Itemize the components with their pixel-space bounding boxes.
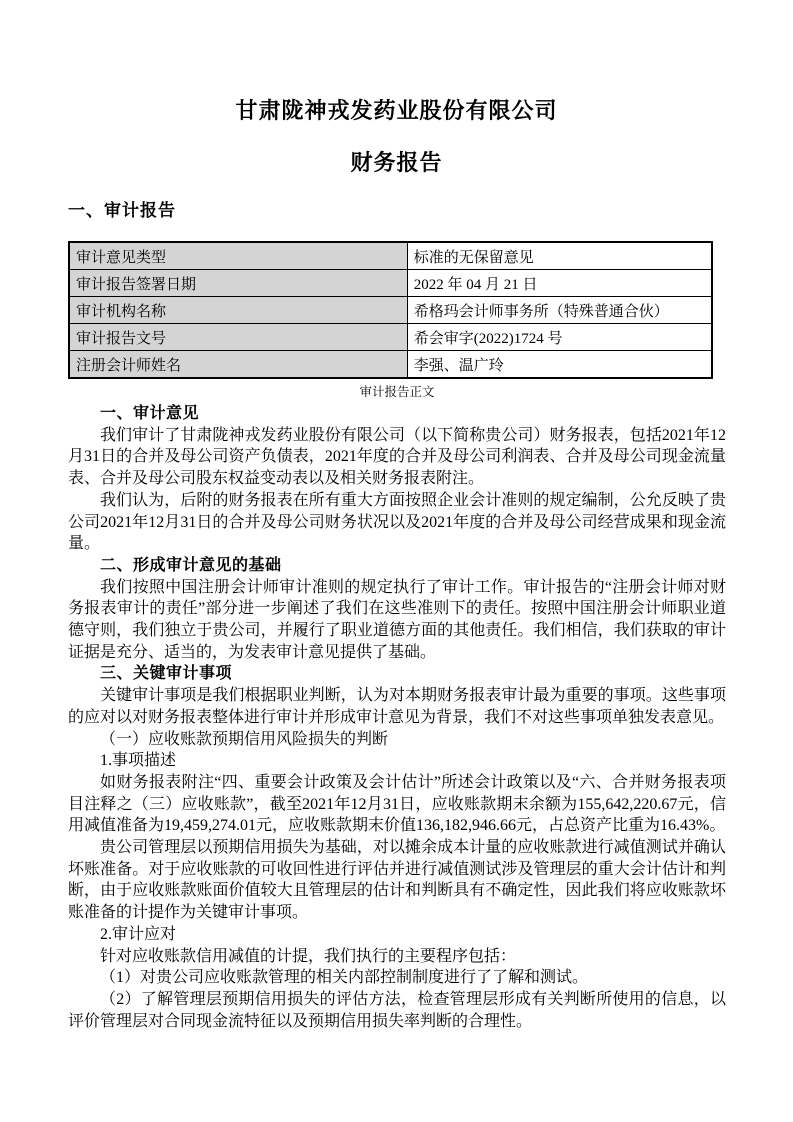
body-paragraph: （1）对贵公司应收账款管理的相关内部控制制度进行了了解和测试。 [68,967,726,989]
body-paragraph: （2）了解管理层预期信用损失的评估方法，检查管理层形成有关判断所使用的信息，以评… [68,989,726,1032]
body-section-heading: 二、形成审计意见的基础 [68,555,726,577]
audit-info-table: 审计意见类型标准的无保留意见审计报告签署日期2022 年 04 月 21 日审计… [68,241,713,379]
body-paragraph: 我们认为，后附的财务报表在所有重大方面按照企业会计准则的规定编制，公允反映了贵公… [68,490,726,555]
table-row-value: 希格玛会计师事务所（特殊普通合伙） [407,297,712,324]
body-paragraph: 关键审计事项是我们根据职业判断，认为对本期财务报表审计最为重要的事项。这些事项的… [68,685,726,728]
report-body: 一、审计意见我们审计了甘肃陇神戎发药业股份有限公司（以下简称贵公司）财务报表，包… [68,403,726,1032]
table-row-label: 注册会计师姓名 [69,351,407,379]
table-row-value: 希会审字(2022)1724 号 [407,324,712,351]
page-content: 一、审计报告 审计意见类型标准的无保留意见审计报告签署日期2022 年 04 月… [0,200,793,1032]
body-section-heading: 三、关键审计事项 [68,663,726,685]
table-row-label: 审计报告签署日期 [69,270,407,297]
document-page: 甘肃陇神戎发药业股份有限公司 财务报告 一、审计报告 审计意见类型标准的无保留意… [0,0,793,1122]
audit-info-table-body: 审计意见类型标准的无保留意见审计报告签署日期2022 年 04 月 21 日审计… [69,242,712,378]
table-row-label: 审计意见类型 [69,242,407,270]
company-title: 甘肃陇神戎发药业股份有限公司 [0,0,793,124]
table-row-label: 审计机构名称 [69,297,407,324]
table-row-label: 审计报告文号 [69,324,407,351]
table-row-value: 李强、温广玲 [407,351,712,379]
body-paragraph: 2.审计应对 [68,924,726,946]
table-row: 审计机构名称希格玛会计师事务所（特殊普通合伙） [69,297,712,324]
body-paragraph: 1.事项描述 [68,750,726,772]
body-section-heading: 一、审计意见 [68,403,726,425]
body-paragraph: 贵公司管理层以预期信用损失为基础，对以摊余成本计量的应收账款进行减值测试并确认坏… [68,837,726,924]
body-paragraph: （一）应收账款预期信用风险损失的判断 [68,729,726,751]
table-row: 审计报告签署日期2022 年 04 月 21 日 [69,270,712,297]
audit-report-section-heading: 一、审计报告 [68,200,726,222]
body-paragraph: 我们审计了甘肃陇神戎发药业股份有限公司（以下简称贵公司）财务报表，包括2021年… [68,425,726,490]
table-row-value: 标准的无保留意见 [407,242,712,270]
audit-report-body-caption: 审计报告正文 [68,385,726,400]
body-paragraph: 针对应收账款信用减值的计提，我们执行的主要程序包括： [68,946,726,968]
table-row: 审计报告文号希会审字(2022)1724 号 [69,324,712,351]
table-row-value: 2022 年 04 月 21 日 [407,270,712,297]
report-title: 财务报告 [0,150,793,176]
body-paragraph: 如财务报表附注“四、重要会计政策及会计估计”所述会计政策以及“六、合并财务报表项… [68,772,726,837]
table-row: 注册会计师姓名李强、温广玲 [69,351,712,379]
body-paragraph: 我们按照中国注册会计师审计准则的规定执行了审计工作。审计报告的“注册会计师对财务… [68,577,726,664]
table-row: 审计意见类型标准的无保留意见 [69,242,712,270]
